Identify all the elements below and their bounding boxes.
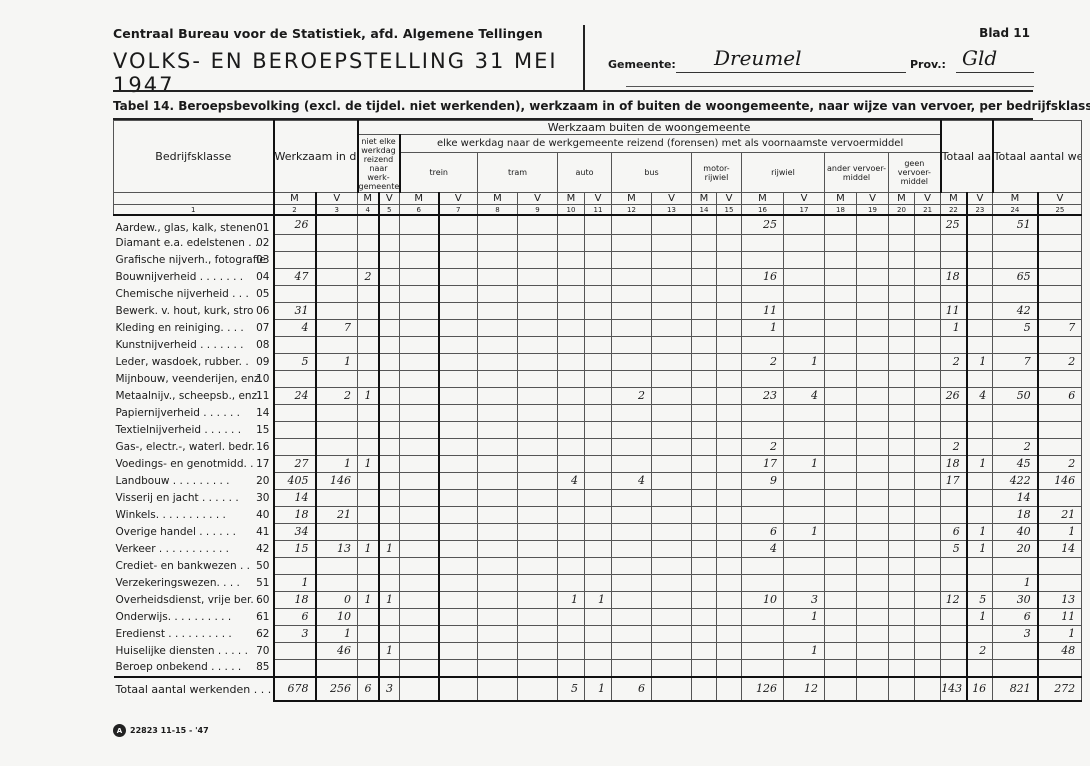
data-cell[interactable] — [652, 353, 692, 370]
data-cell[interactable]: 2 — [1038, 455, 1082, 472]
data-cell[interactable]: 1 — [967, 455, 993, 472]
data-cell[interactable] — [941, 404, 967, 421]
data-cell[interactable] — [478, 251, 518, 268]
data-cell[interactable] — [274, 659, 316, 677]
data-cell[interactable]: 18 — [274, 506, 316, 523]
data-cell[interactable] — [585, 625, 612, 642]
data-cell[interactable] — [857, 387, 889, 404]
data-cell[interactable]: 11 — [1038, 608, 1082, 625]
data-cell[interactable] — [717, 251, 742, 268]
data-cell[interactable] — [558, 285, 585, 302]
data-cell[interactable] — [784, 404, 825, 421]
data-cell[interactable] — [915, 642, 941, 659]
data-cell[interactable] — [400, 404, 439, 421]
data-cell[interactable] — [478, 404, 518, 421]
data-cell[interactable] — [825, 489, 857, 506]
total-cell[interactable]: 6 — [612, 677, 652, 701]
data-cell[interactable] — [889, 353, 915, 370]
data-cell[interactable] — [967, 404, 993, 421]
data-cell[interactable] — [439, 523, 478, 540]
data-cell[interactable] — [274, 557, 316, 574]
data-cell[interactable] — [742, 251, 784, 268]
data-cell[interactable] — [439, 540, 478, 557]
data-cell[interactable] — [967, 659, 993, 677]
data-cell[interactable] — [274, 251, 316, 268]
data-cell[interactable] — [915, 506, 941, 523]
data-cell[interactable] — [518, 268, 558, 285]
data-cell[interactable]: 10 — [742, 591, 784, 608]
data-cell[interactable] — [518, 574, 558, 591]
data-cell[interactable] — [717, 353, 742, 370]
data-cell[interactable]: 7 — [1038, 319, 1082, 336]
data-cell[interactable] — [993, 642, 1038, 659]
data-cell[interactable]: 1 — [784, 642, 825, 659]
data-cell[interactable] — [652, 523, 692, 540]
data-cell[interactable] — [400, 472, 439, 489]
data-cell[interactable] — [742, 234, 784, 251]
data-cell[interactable] — [692, 574, 717, 591]
data-cell[interactable]: 18 — [274, 591, 316, 608]
data-cell[interactable] — [857, 234, 889, 251]
data-cell[interactable] — [857, 353, 889, 370]
data-cell[interactable]: 3 — [993, 625, 1038, 642]
data-cell[interactable] — [1038, 421, 1082, 438]
data-cell[interactable] — [612, 319, 652, 336]
data-cell[interactable] — [518, 472, 558, 489]
total-cell[interactable]: 3 — [379, 677, 400, 701]
data-cell[interactable]: 1 — [379, 591, 400, 608]
data-cell[interactable] — [915, 523, 941, 540]
data-cell[interactable]: 1 — [784, 608, 825, 625]
data-cell[interactable]: 1 — [316, 625, 358, 642]
data-cell[interactable] — [652, 659, 692, 677]
data-cell[interactable] — [967, 472, 993, 489]
data-cell[interactable] — [400, 268, 439, 285]
data-cell[interactable] — [915, 472, 941, 489]
total-cell[interactable]: 143 — [941, 677, 967, 701]
data-cell[interactable] — [518, 353, 558, 370]
data-cell[interactable] — [316, 421, 358, 438]
data-cell[interactable] — [915, 421, 941, 438]
data-cell[interactable] — [1038, 370, 1082, 387]
data-cell[interactable] — [585, 353, 612, 370]
total-cell[interactable] — [857, 677, 889, 701]
data-cell[interactable] — [478, 319, 518, 336]
data-cell[interactable] — [439, 489, 478, 506]
data-cell[interactable]: 31 — [274, 302, 316, 319]
data-cell[interactable] — [742, 659, 784, 677]
data-cell[interactable] — [857, 421, 889, 438]
data-cell[interactable] — [692, 523, 717, 540]
data-cell[interactable]: 45 — [993, 455, 1038, 472]
data-cell[interactable]: 30 — [993, 591, 1038, 608]
data-cell[interactable] — [316, 234, 358, 251]
data-cell[interactable] — [915, 387, 941, 404]
data-cell[interactable]: 1 — [358, 387, 379, 404]
data-cell[interactable] — [1038, 574, 1082, 591]
data-cell[interactable] — [742, 370, 784, 387]
data-cell[interactable] — [717, 336, 742, 353]
data-cell[interactable] — [889, 608, 915, 625]
data-cell[interactable]: 10 — [316, 608, 358, 625]
data-cell[interactable] — [784, 251, 825, 268]
data-cell[interactable] — [518, 319, 558, 336]
data-cell[interactable] — [400, 302, 439, 319]
data-cell[interactable] — [400, 608, 439, 625]
data-cell[interactable]: 65 — [993, 268, 1038, 285]
data-cell[interactable] — [316, 251, 358, 268]
data-cell[interactable] — [585, 472, 612, 489]
data-cell[interactable]: 23 — [742, 387, 784, 404]
data-cell[interactable]: 26 — [274, 215, 316, 234]
data-cell[interactable] — [518, 370, 558, 387]
data-cell[interactable] — [612, 421, 652, 438]
data-cell[interactable] — [612, 591, 652, 608]
data-cell[interactable] — [692, 234, 717, 251]
data-cell[interactable] — [825, 625, 857, 642]
data-cell[interactable] — [316, 370, 358, 387]
data-cell[interactable] — [379, 489, 400, 506]
data-cell[interactable] — [915, 557, 941, 574]
data-cell[interactable] — [358, 353, 379, 370]
data-cell[interactable] — [941, 625, 967, 642]
data-cell[interactable] — [825, 591, 857, 608]
data-cell[interactable] — [400, 455, 439, 472]
data-cell[interactable] — [379, 523, 400, 540]
data-cell[interactable]: 2 — [941, 353, 967, 370]
data-cell[interactable] — [915, 574, 941, 591]
data-cell[interactable] — [518, 642, 558, 659]
data-cell[interactable] — [784, 438, 825, 455]
data-cell[interactable] — [439, 251, 478, 268]
data-cell[interactable] — [439, 370, 478, 387]
data-cell[interactable] — [717, 455, 742, 472]
data-cell[interactable] — [889, 319, 915, 336]
data-cell[interactable] — [742, 489, 784, 506]
data-cell[interactable] — [825, 438, 857, 455]
data-cell[interactable]: 40 — [993, 523, 1038, 540]
data-cell[interactable] — [692, 404, 717, 421]
data-cell[interactable] — [784, 285, 825, 302]
data-cell[interactable] — [915, 370, 941, 387]
data-cell[interactable] — [941, 336, 967, 353]
data-cell[interactable] — [915, 489, 941, 506]
data-cell[interactable] — [967, 285, 993, 302]
total-cell[interactable] — [400, 677, 439, 701]
data-cell[interactable] — [1038, 285, 1082, 302]
data-cell[interactable]: 1 — [379, 540, 400, 557]
data-cell[interactable] — [717, 215, 742, 234]
data-cell[interactable] — [692, 591, 717, 608]
total-cell[interactable] — [915, 677, 941, 701]
data-cell[interactable] — [993, 336, 1038, 353]
data-cell[interactable] — [784, 472, 825, 489]
data-cell[interactable] — [478, 370, 518, 387]
data-cell[interactable] — [612, 268, 652, 285]
data-cell[interactable]: 25 — [941, 215, 967, 234]
data-cell[interactable]: 6 — [993, 608, 1038, 625]
data-cell[interactable] — [889, 336, 915, 353]
data-cell[interactable] — [379, 472, 400, 489]
data-cell[interactable]: 2 — [358, 268, 379, 285]
data-cell[interactable] — [518, 302, 558, 319]
data-cell[interactable] — [692, 438, 717, 455]
data-cell[interactable] — [652, 574, 692, 591]
data-cell[interactable] — [889, 472, 915, 489]
data-cell[interactable] — [274, 642, 316, 659]
data-cell[interactable]: 17 — [941, 472, 967, 489]
data-cell[interactable] — [585, 574, 612, 591]
data-cell[interactable] — [439, 215, 478, 234]
data-cell[interactable] — [358, 625, 379, 642]
total-cell[interactable]: 5 — [558, 677, 585, 701]
data-cell[interactable] — [612, 404, 652, 421]
data-cell[interactable] — [585, 523, 612, 540]
data-cell[interactable] — [400, 234, 439, 251]
data-cell[interactable] — [889, 285, 915, 302]
data-cell[interactable] — [717, 625, 742, 642]
data-cell[interactable] — [478, 557, 518, 574]
data-cell[interactable] — [889, 268, 915, 285]
data-cell[interactable] — [400, 353, 439, 370]
data-cell[interactable] — [915, 251, 941, 268]
data-cell[interactable] — [717, 608, 742, 625]
data-cell[interactable] — [439, 336, 478, 353]
data-cell[interactable] — [993, 659, 1038, 677]
data-cell[interactable] — [825, 268, 857, 285]
data-cell[interactable] — [558, 438, 585, 455]
data-cell[interactable] — [379, 387, 400, 404]
data-cell[interactable] — [717, 302, 742, 319]
data-cell[interactable] — [439, 387, 478, 404]
data-cell[interactable] — [379, 404, 400, 421]
data-cell[interactable] — [825, 455, 857, 472]
data-cell[interactable] — [717, 319, 742, 336]
data-cell[interactable] — [518, 215, 558, 234]
data-cell[interactable] — [889, 438, 915, 455]
data-cell[interactable] — [652, 591, 692, 608]
data-cell[interactable] — [612, 234, 652, 251]
data-cell[interactable] — [967, 489, 993, 506]
data-cell[interactable] — [518, 506, 558, 523]
data-cell[interactable] — [612, 336, 652, 353]
data-cell[interactable] — [316, 285, 358, 302]
data-cell[interactable] — [857, 472, 889, 489]
data-cell[interactable]: 1 — [1038, 625, 1082, 642]
data-cell[interactable] — [825, 557, 857, 574]
data-cell[interactable] — [652, 215, 692, 234]
data-cell[interactable] — [717, 506, 742, 523]
data-cell[interactable]: 15 — [274, 540, 316, 557]
data-cell[interactable]: 1 — [967, 608, 993, 625]
data-cell[interactable] — [857, 336, 889, 353]
data-cell[interactable]: 4 — [784, 387, 825, 404]
data-cell[interactable] — [358, 523, 379, 540]
data-cell[interactable] — [558, 421, 585, 438]
data-cell[interactable]: 3 — [274, 625, 316, 642]
data-cell[interactable] — [358, 251, 379, 268]
data-cell[interactable] — [558, 268, 585, 285]
data-cell[interactable] — [439, 472, 478, 489]
data-cell[interactable] — [379, 438, 400, 455]
data-cell[interactable] — [400, 506, 439, 523]
data-cell[interactable] — [825, 574, 857, 591]
data-cell[interactable] — [967, 319, 993, 336]
data-cell[interactable] — [358, 285, 379, 302]
data-cell[interactable] — [558, 557, 585, 574]
data-cell[interactable] — [478, 234, 518, 251]
data-cell[interactable]: 0 — [316, 591, 358, 608]
data-cell[interactable] — [652, 540, 692, 557]
data-cell[interactable] — [692, 455, 717, 472]
data-cell[interactable] — [612, 438, 652, 455]
data-cell[interactable] — [825, 506, 857, 523]
data-cell[interactable]: 14 — [993, 489, 1038, 506]
data-cell[interactable] — [358, 234, 379, 251]
data-cell[interactable] — [439, 234, 478, 251]
data-cell[interactable] — [478, 438, 518, 455]
data-cell[interactable] — [692, 215, 717, 234]
data-cell[interactable] — [915, 285, 941, 302]
data-cell[interactable] — [692, 319, 717, 336]
data-cell[interactable]: 1 — [316, 353, 358, 370]
data-cell[interactable] — [518, 489, 558, 506]
data-cell[interactable]: 11 — [941, 302, 967, 319]
data-cell[interactable]: 1 — [784, 353, 825, 370]
data-cell[interactable] — [652, 251, 692, 268]
data-cell[interactable]: 2 — [316, 387, 358, 404]
data-cell[interactable]: 422 — [993, 472, 1038, 489]
data-cell[interactable] — [518, 387, 558, 404]
data-cell[interactable]: 27 — [274, 455, 316, 472]
data-cell[interactable] — [478, 506, 518, 523]
data-cell[interactable] — [941, 642, 967, 659]
data-cell[interactable] — [784, 319, 825, 336]
data-cell[interactable] — [692, 251, 717, 268]
data-cell[interactable] — [692, 387, 717, 404]
data-cell[interactable] — [358, 659, 379, 677]
data-cell[interactable] — [652, 455, 692, 472]
data-cell[interactable] — [857, 574, 889, 591]
data-cell[interactable] — [518, 421, 558, 438]
total-cell[interactable]: 12 — [784, 677, 825, 701]
data-cell[interactable] — [612, 353, 652, 370]
data-cell[interactable] — [784, 574, 825, 591]
data-cell[interactable]: 9 — [742, 472, 784, 489]
data-cell[interactable] — [612, 642, 652, 659]
data-cell[interactable] — [400, 285, 439, 302]
data-cell[interactable] — [889, 625, 915, 642]
data-cell[interactable] — [612, 215, 652, 234]
data-cell[interactable] — [558, 659, 585, 677]
total-cell[interactable]: 272 — [1038, 677, 1082, 701]
data-cell[interactable] — [379, 302, 400, 319]
data-cell[interactable] — [857, 642, 889, 659]
data-cell[interactable] — [941, 489, 967, 506]
data-cell[interactable] — [889, 506, 915, 523]
data-cell[interactable] — [518, 404, 558, 421]
data-cell[interactable] — [439, 421, 478, 438]
data-cell[interactable] — [742, 506, 784, 523]
data-cell[interactable] — [518, 251, 558, 268]
data-cell[interactable] — [993, 421, 1038, 438]
data-cell[interactable] — [825, 523, 857, 540]
data-cell[interactable] — [518, 625, 558, 642]
data-cell[interactable] — [889, 404, 915, 421]
total-cell[interactable]: 1 — [585, 677, 612, 701]
data-cell[interactable] — [889, 489, 915, 506]
data-cell[interactable] — [652, 268, 692, 285]
data-cell[interactable] — [518, 608, 558, 625]
data-cell[interactable] — [889, 659, 915, 677]
data-cell[interactable]: 5 — [993, 319, 1038, 336]
data-cell[interactable] — [967, 370, 993, 387]
data-cell[interactable] — [585, 268, 612, 285]
data-cell[interactable] — [612, 285, 652, 302]
data-cell[interactable] — [941, 370, 967, 387]
data-cell[interactable] — [400, 659, 439, 677]
data-cell[interactable]: 1 — [941, 319, 967, 336]
data-cell[interactable] — [889, 234, 915, 251]
data-cell[interactable] — [742, 625, 784, 642]
data-cell[interactable] — [692, 642, 717, 659]
data-cell[interactable]: 48 — [1038, 642, 1082, 659]
data-cell[interactable] — [1038, 251, 1082, 268]
data-cell[interactable] — [857, 251, 889, 268]
data-cell[interactable]: 50 — [993, 387, 1038, 404]
data-cell[interactable] — [742, 421, 784, 438]
data-cell[interactable] — [825, 370, 857, 387]
data-cell[interactable] — [612, 659, 652, 677]
data-cell[interactable]: 1 — [1038, 523, 1082, 540]
total-cell[interactable]: 6 — [358, 677, 379, 701]
data-cell[interactable] — [717, 387, 742, 404]
data-cell[interactable]: 146 — [316, 472, 358, 489]
data-cell[interactable] — [518, 336, 558, 353]
data-cell[interactable] — [478, 489, 518, 506]
data-cell[interactable] — [652, 421, 692, 438]
data-cell[interactable] — [585, 659, 612, 677]
data-cell[interactable] — [478, 215, 518, 234]
data-cell[interactable]: 25 — [742, 215, 784, 234]
data-cell[interactable] — [717, 489, 742, 506]
data-cell[interactable] — [316, 215, 358, 234]
total-cell[interactable]: 16 — [967, 677, 993, 701]
data-cell[interactable] — [612, 540, 652, 557]
data-cell[interactable] — [915, 438, 941, 455]
data-cell[interactable] — [439, 608, 478, 625]
data-cell[interactable] — [518, 234, 558, 251]
data-cell[interactable] — [967, 302, 993, 319]
data-cell[interactable] — [379, 319, 400, 336]
data-cell[interactable]: 1 — [967, 540, 993, 557]
data-cell[interactable] — [857, 591, 889, 608]
data-cell[interactable] — [993, 404, 1038, 421]
data-cell[interactable] — [478, 285, 518, 302]
data-cell[interactable] — [825, 642, 857, 659]
data-cell[interactable] — [400, 489, 439, 506]
data-cell[interactable] — [518, 285, 558, 302]
data-cell[interactable] — [439, 642, 478, 659]
data-cell[interactable] — [274, 370, 316, 387]
data-cell[interactable]: 2 — [993, 438, 1038, 455]
data-cell[interactable]: 1 — [358, 591, 379, 608]
data-cell[interactable] — [358, 557, 379, 574]
data-cell[interactable] — [915, 404, 941, 421]
data-cell[interactable] — [439, 302, 478, 319]
data-cell[interactable] — [857, 319, 889, 336]
data-cell[interactable]: 2 — [742, 438, 784, 455]
